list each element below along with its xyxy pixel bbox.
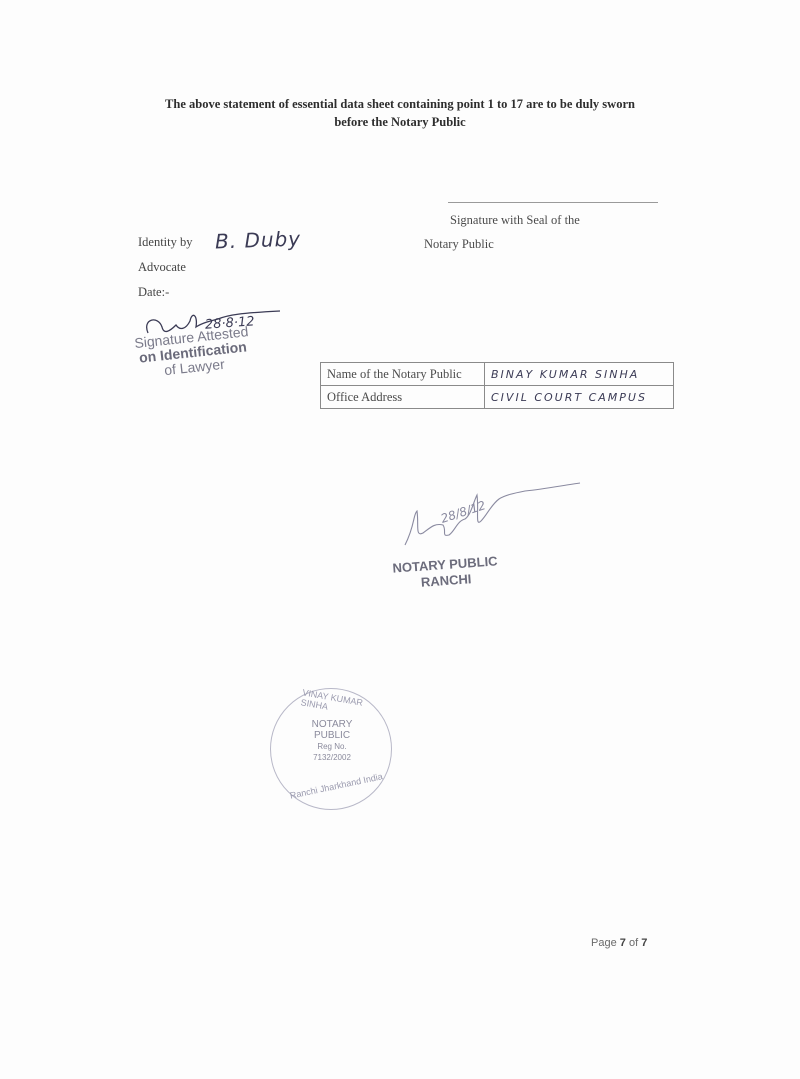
table-row: Office Address CIVIL COURT CAMPUS — [321, 386, 674, 409]
advocate-label: Advocate — [138, 260, 186, 275]
table-row: Name of the Notary Public BINAY KUMAR SI… — [321, 363, 674, 386]
office-address-value: CIVIL COURT CAMPUS — [485, 386, 674, 409]
date-label: Date:- — [138, 285, 169, 300]
current-page: 7 — [620, 937, 626, 949]
total-pages: 7 — [641, 937, 647, 949]
notary-signature-caption-1: Signature with Seal of the — [450, 213, 580, 228]
seal-reg-no: Reg No. 7132/2002 — [299, 741, 365, 763]
of-label: of — [629, 937, 638, 949]
notary-name-label: Name of the Notary Public — [321, 363, 485, 386]
notary-public-stamp: NOTARY PUBLIC RANCHI — [392, 553, 499, 592]
office-address-label: Office Address — [321, 386, 485, 409]
notary-signature-line — [448, 202, 658, 203]
heading-line-1: The above statement of essential data sh… — [120, 95, 680, 113]
seal-center-line-1: NOTARY — [299, 719, 365, 730]
seal-center-line-2: PUBLIC — [299, 730, 365, 741]
notary-details-table: Name of the Notary Public BINAY KUMAR SI… — [320, 362, 674, 409]
page-number: Page 7 of 7 — [591, 937, 647, 949]
seal-ring-top: VINAY KUMAR SINHA — [300, 687, 392, 722]
notary-round-seal: VINAY KUMAR SINHA NOTARY PUBLIC Reg No. … — [270, 688, 392, 810]
statement-heading: The above statement of essential data sh… — [120, 95, 680, 131]
page-prefix: Page — [591, 937, 617, 949]
advocate-signature: B. Duby — [215, 227, 302, 254]
seal-ring-bottom: Ranchi Jharkhand India — [289, 771, 384, 800]
notary-name-value: BINAY KUMAR SINHA — [485, 363, 674, 386]
heading-line-2: before the Notary Public — [120, 113, 680, 131]
notary-signature-scribble — [395, 475, 585, 555]
notary-signature-caption-2: Notary Public — [424, 237, 494, 252]
seal-center: NOTARY PUBLIC Reg No. 7132/2002 — [299, 719, 365, 763]
identity-label: Identity by — [138, 235, 193, 250]
